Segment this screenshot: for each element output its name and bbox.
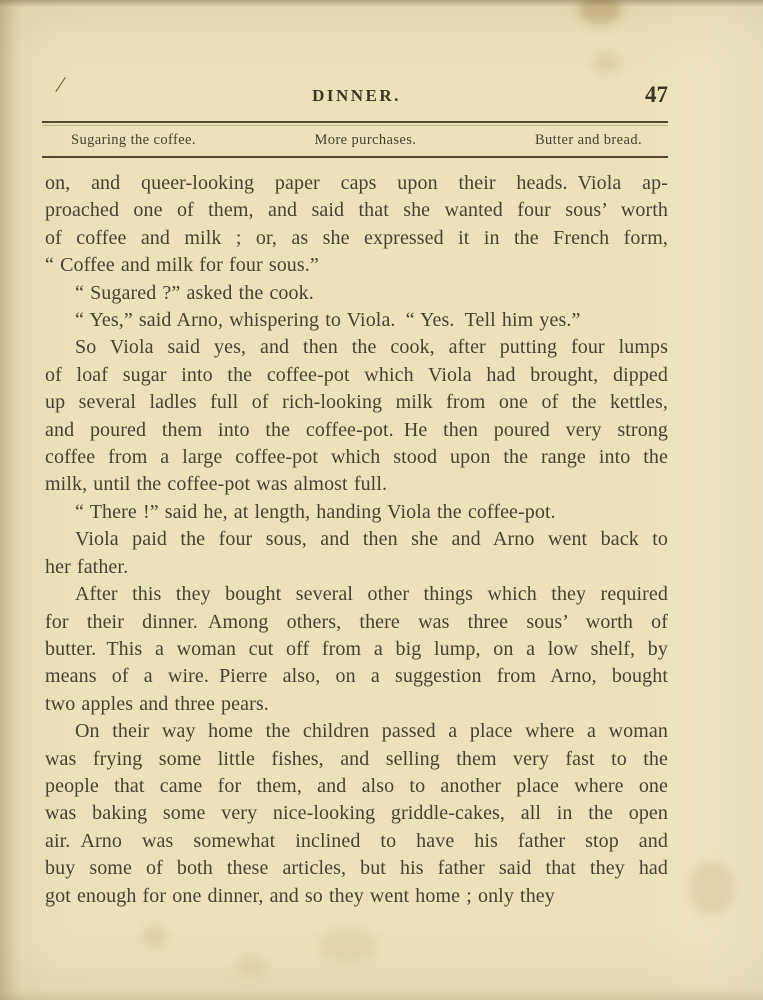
text-line: “ Sugared ?” asked the cook. [45, 280, 668, 307]
text-line: of loaf sugar into the coffee-pot which … [45, 362, 668, 389]
text-line: on, and queer-looking paper caps upon th… [45, 170, 668, 197]
subhead-left: Sugaring the coffee. [71, 132, 196, 149]
text-line: After this they bought several other thi… [45, 581, 668, 608]
text-line: So Viola said yes, and then the cook, af… [45, 334, 668, 361]
page-number: 47 [45, 82, 668, 108]
page-text: on, and queer-looking paper caps upon th… [45, 170, 668, 910]
text-line: was frying some little fishes, and selli… [45, 746, 668, 773]
book-page: / DINNER. 47 Sugaring the coffee. More p… [0, 0, 763, 1000]
header-rule-bottom [42, 156, 668, 158]
subhead-center: More purchases. [315, 132, 417, 149]
text-line: means of a wire. Pierre also, on a sugge… [45, 663, 668, 690]
text-line: was baking some very nice-looking griddl… [45, 800, 668, 827]
text-line: “ Coffee and milk for four sous.” [45, 252, 668, 279]
scan-edge-left [0, 0, 22, 1000]
text-line: coffee from a large coffee-pot which sto… [45, 444, 668, 471]
subhead-right: Butter and bread. [535, 132, 642, 149]
text-line: On their way home the children passed a … [45, 718, 668, 745]
text-line: two apples and three pears. [45, 691, 668, 718]
paper-stain [236, 956, 266, 978]
text-line: “ There !” said he, at length, handing V… [45, 499, 668, 526]
text-line: “ Yes,” said Arno, whispering to Viola. … [45, 307, 668, 334]
text-line: Viola paid the four sous, and then she a… [45, 526, 668, 553]
text-line: buy some of both these articles, but his… [45, 855, 668, 882]
text-line: people that came for them, and also to a… [45, 773, 668, 800]
text-line: air. Arno was somewhat inclined to have … [45, 828, 668, 855]
paper-stain [578, 0, 622, 24]
scan-edge-top [0, 0, 763, 7]
text-line: milk, until the coffee-pot was almost fu… [45, 471, 668, 498]
text-line: butter. This a woman cut off from a big … [45, 636, 668, 663]
text-line: up several ladles full of rich-looking m… [45, 389, 668, 416]
text-line: of coffee and milk ; or, as she expresse… [45, 225, 668, 252]
scan-edge-bottom [0, 990, 763, 1000]
paper-stain [318, 928, 378, 962]
text-line: for their dinner. Among others, there wa… [45, 609, 668, 636]
text-line: proached one of them, and said that she … [45, 197, 668, 224]
paper-stain [688, 860, 734, 916]
text-line: her father. [45, 554, 668, 581]
text-line: and poured them into the coffee-pot. He … [45, 417, 668, 444]
paper-stain [592, 52, 620, 74]
running-subheads: Sugaring the coffee. More purchases. But… [45, 132, 668, 149]
text-line: got enough for one dinner, and so they w… [45, 883, 668, 910]
paper-stain [142, 926, 168, 946]
header-rule-top [42, 121, 668, 123]
